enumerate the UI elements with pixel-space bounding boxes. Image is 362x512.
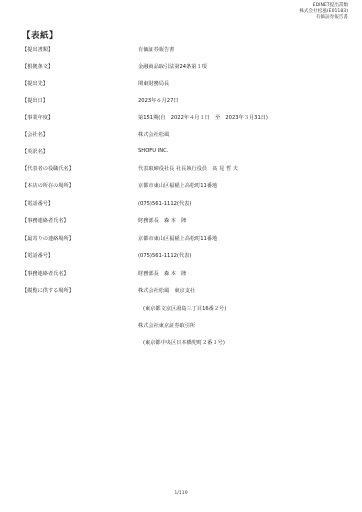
field-value: 第151期(自 2022年４月１日 至 2023年３月31日) — [138, 114, 268, 121]
field-label: 【電話番号】 — [22, 200, 53, 207]
field-row: 株式会社東京証券取引所 — [0, 322, 362, 332]
field-value: 京都市東山区福稲上高松町11番地 — [138, 235, 217, 242]
field-row: 【代表者の役職氏名】 代表取締役社長 社長執行役員 髙 見 哲 夫 — [0, 165, 362, 175]
field-value: 株式会社松風 東京支社 — [138, 287, 195, 294]
field-row: 【電話番号】 (075)561-1112(代表) — [0, 252, 362, 262]
field-label: 【事業年度】 — [22, 114, 53, 121]
field-row: 【根拠条文】 金融商品取引法第24条第１項 — [0, 63, 362, 73]
field-row: 【縦覧に供する場所】 株式会社松風 東京支社 — [0, 287, 362, 297]
field-row: 【提出日】 2023年６月27日 — [0, 97, 362, 107]
field-value: 株式会社松風 — [138, 131, 169, 138]
field-value: 2023年６月27日 — [138, 97, 179, 104]
field-label: 【本店の所在の場所】 — [22, 182, 74, 189]
field-row: 【事務連絡者氏名】 財務部長 森 本 隆 — [0, 270, 362, 280]
field-row: 【事務連絡者氏名】 財務部長 森 本 隆 — [0, 217, 362, 227]
field-value: 京都市東山区福稲上高松町11番地 — [138, 182, 217, 189]
field-label: 【会社名】 — [22, 131, 48, 138]
field-value: SHOFU INC. — [138, 148, 168, 154]
field-label: 【事務連絡者氏名】 — [22, 270, 69, 277]
field-value: 代表取締役社長 社長執行役員 髙 見 哲 夫 — [138, 165, 238, 172]
field-label: 【提出書類】 — [22, 46, 53, 53]
field-value: (075)561-1112(代表) — [138, 200, 191, 207]
field-label: 【最寄りの連絡場所】 — [22, 235, 74, 242]
field-label: 【提出先】 — [22, 80, 48, 87]
field-label: 【電話番号】 — [22, 252, 53, 259]
field-label: 【英訳名】 — [22, 148, 48, 155]
field-row: 【提出先】 関東財務局長 — [0, 80, 362, 90]
field-row: 【最寄りの連絡場所】 京都市東山区福稲上高松町11番地 — [0, 235, 362, 245]
field-value: 株式会社東京証券取引所 — [138, 322, 195, 329]
field-label: 【事務連絡者氏名】 — [22, 217, 69, 224]
field-value: (東京都中央区日本橋兜町２番１号) — [143, 339, 225, 346]
field-label: 【根拠条文】 — [22, 63, 53, 70]
field-row: 【本店の所在の場所】 京都市東山区福稲上高松町11番地 — [0, 182, 362, 192]
field-label: 【提出日】 — [22, 97, 48, 104]
field-row: 【提出書類】 有価証券報告書 — [0, 46, 362, 56]
field-value: 有価証券報告書 — [138, 46, 174, 53]
page-title: 【表紙】 — [22, 29, 58, 41]
field-value: 関東財務局長 — [138, 80, 169, 87]
page-number: 1/119 — [0, 491, 362, 496]
field-value: 財務部長 森 本 隆 — [138, 270, 186, 277]
field-row: 【電話番号】 (075)561-1112(代表) — [0, 200, 362, 210]
field-value: 金融商品取引法第24条第１項 — [138, 63, 207, 70]
field-row: (東京都中央区日本橋兜町２番１号) — [0, 339, 362, 349]
field-row: (東京都文京区湯島三丁目16番２号) — [0, 305, 362, 315]
field-value: 財務部長 森 本 隆 — [138, 217, 186, 224]
field-value: (東京都文京区湯島三丁目16番２号) — [143, 305, 226, 312]
field-row: 【事業年度】 第151期(自 2022年４月１日 至 2023年３月31日) — [0, 114, 362, 124]
document-header: EDINET提出書類 株式会社松風(E01183) 有価証券報告書 — [299, 3, 348, 22]
header-doctype: 有価証券報告書 — [299, 15, 348, 21]
field-label: 【縦覧に供する場所】 — [22, 287, 74, 294]
field-label: 【代表者の役職氏名】 — [22, 165, 74, 172]
field-value: (075)561-1112(代表) — [138, 252, 191, 259]
field-row: 【英訳名】 SHOFU INC. — [0, 148, 362, 158]
field-row: 【会社名】 株式会社松風 — [0, 131, 362, 141]
